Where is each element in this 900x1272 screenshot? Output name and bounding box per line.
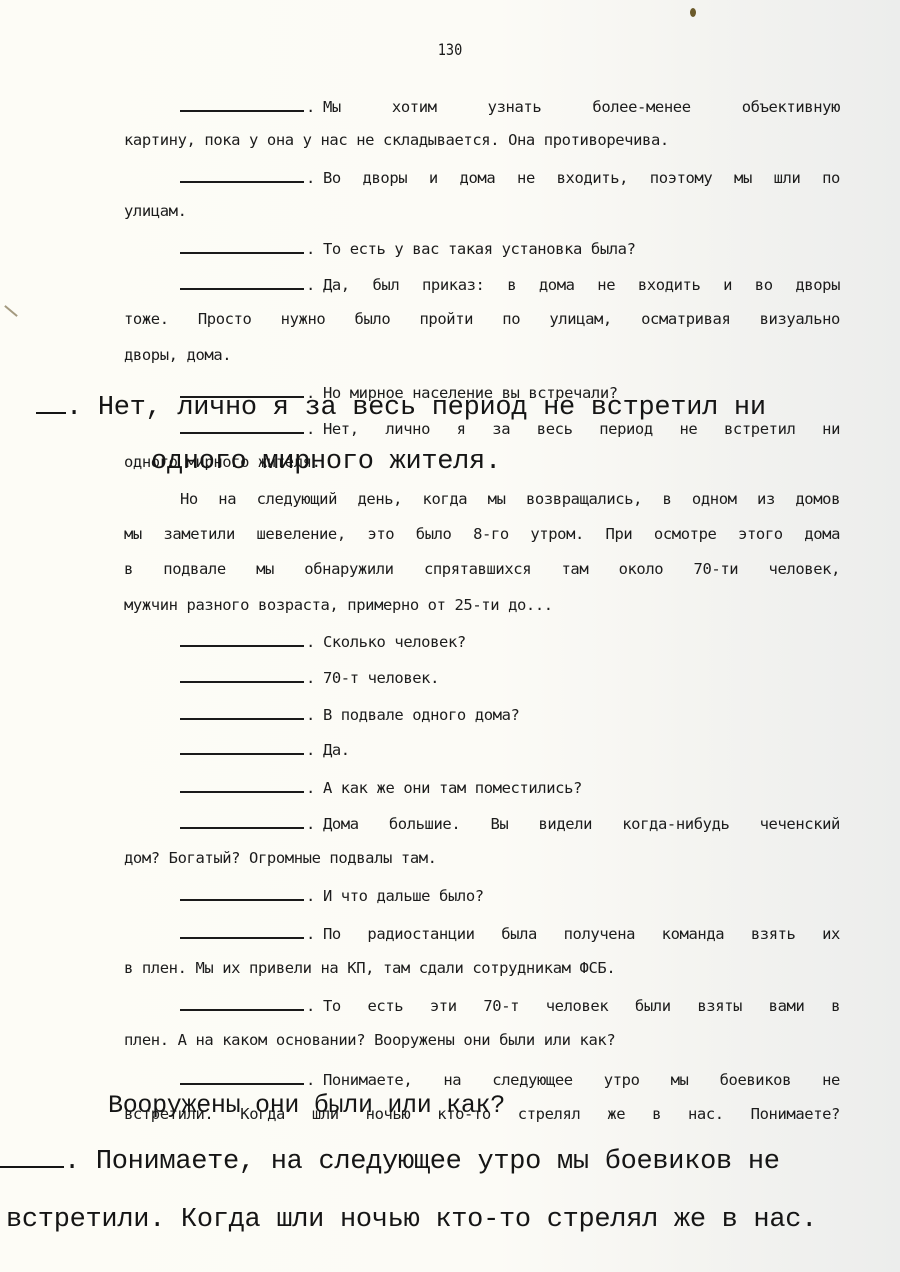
speaker-line: .Мы хотим узнать более-менее объективную <box>180 95 840 115</box>
line-text: Но на следующий день, когда мы возвращал… <box>180 490 840 508</box>
continuation-line: плен. А на каком основании? Вооружены он… <box>124 1030 840 1050</box>
speaker-name-blank <box>180 1068 304 1085</box>
speaker-name-blank <box>180 738 304 755</box>
line-text: Понимаете, на следующее утро мы боевиков… <box>323 1071 840 1088</box>
paper-scratch <box>4 305 18 317</box>
line-text: То есть у вас такая установка была? <box>323 240 636 258</box>
line-text: плен. А на каком основании? Вооружены он… <box>124 1031 615 1049</box>
speaker-line: .Во дворы и дома не входить, поэтому мы … <box>180 166 840 186</box>
line-text: улицам. <box>124 202 187 220</box>
overlay-speaker-blank <box>0 1144 64 1168</box>
continuation-line: в подвале мы обнаружили спрятавшихся там… <box>124 559 840 579</box>
continuation-line: улицам. <box>124 201 840 221</box>
line-text: Мы хотим узнать более-менее объективную <box>323 98 840 115</box>
overlay-text: Нет, лично я за весь период не встретил … <box>98 393 766 423</box>
paragraph-line: Но на следующий день, когда мы возвращал… <box>180 489 840 509</box>
line-text: Да. <box>323 741 350 759</box>
line-text: Да, был приказ: в дома не входить и во д… <box>323 276 840 293</box>
speaker-name-blank <box>180 237 304 254</box>
paper-speck <box>690 8 696 17</box>
speaker-line: .По радиостанции была получена команда в… <box>180 922 840 942</box>
continuation-line: в плен. Мы их привели на КП, там сдали с… <box>124 958 840 978</box>
page-number: 130 <box>68 40 833 59</box>
line-text: тоже. Просто нужно было пройти по улицам… <box>124 310 840 328</box>
overlay-text: встретили. Когда шли ночью кто-то стреля… <box>6 1205 817 1235</box>
line-text: в подвале мы обнаружили спрятавшихся там… <box>124 560 840 578</box>
speaker-name-blank <box>180 666 304 683</box>
speaker-line: .Дома большие. Вы видели когда-нибудь че… <box>180 812 840 832</box>
line-text: 70-т человек. <box>323 669 439 687</box>
speaker-line: .То есть у вас такая установка была? <box>180 237 840 259</box>
continuation-line: картину, пока у она у нас не складываетс… <box>124 130 840 150</box>
line-text: в плен. Мы их привели на КП, там сдали с… <box>124 959 615 977</box>
speaker-line: .Да, был приказ: в дома не входить и во … <box>180 273 840 293</box>
line-text: дом? Богатый? Огромные подвалы там. <box>124 849 437 867</box>
line-text: В подвале одного дома? <box>323 706 520 724</box>
speaker-name-blank <box>180 95 304 112</box>
continuation-line: дворы, дома. <box>124 345 840 365</box>
line-text: мужчин разного возраста, примерно от 25-… <box>124 596 553 614</box>
speaker-line: .В подвале одного дома? <box>180 703 840 725</box>
speaker-name-blank <box>180 166 304 183</box>
overlay-text: Вооружены они были или как? <box>108 1091 505 1120</box>
line-text: То есть эти 70-т человек были взяты вами… <box>323 997 840 1014</box>
continuation-line: тоже. Просто нужно было пройти по улицам… <box>124 309 840 329</box>
overlay-text: одного мирного жителя. <box>151 447 501 477</box>
speaker-name-blank <box>180 776 304 793</box>
speaker-name-blank <box>180 994 304 1011</box>
line-text: И что дальше было? <box>323 887 484 905</box>
line-text: Во дворы и дома не входить, поэтому мы ш… <box>323 169 840 186</box>
overlay-line-4: . Понимаете, на следующее утро мы боевик… <box>0 1144 780 1178</box>
overlay-speaker-blank <box>36 390 66 414</box>
speaker-line: .Понимаете, на следующее утро мы боевико… <box>180 1068 840 1088</box>
continuation-line: мы заметили шевеление, это было 8-го утр… <box>124 524 840 544</box>
line-text: мы заметили шевеление, это было 8-го утр… <box>124 525 840 543</box>
speaker-line: .Сколько человек? <box>180 630 840 652</box>
overlay-text: Понимаете, на следующее утро мы боевиков… <box>96 1147 780 1177</box>
line-text: По радиостанции была получена команда вз… <box>323 925 840 942</box>
overlay-line-1: . Нет, лично я за весь период не встрети… <box>36 390 766 424</box>
line-text: картину, пока у она у нас не складываетс… <box>124 131 669 149</box>
continuation-line: дом? Богатый? Огромные подвалы там. <box>124 848 840 868</box>
speaker-name-blank <box>180 703 304 720</box>
line-text: Сколько человек? <box>323 633 466 651</box>
speaker-name-blank <box>180 884 304 901</box>
speaker-line: .А как же они там поместились? <box>180 776 840 798</box>
speaker-name-blank <box>180 922 304 939</box>
speaker-name-blank <box>180 630 304 647</box>
line-text: А как же они там поместились? <box>323 779 582 797</box>
speaker-line: .Да. <box>180 738 840 760</box>
speaker-name-blank <box>180 273 304 290</box>
speaker-name-blank <box>180 812 304 829</box>
speaker-line: .70-т человек. <box>180 666 840 688</box>
line-text: Дома большие. Вы видели когда-нибудь чеч… <box>323 815 840 832</box>
speaker-line: .То есть эти 70-т человек были взяты вам… <box>180 994 840 1014</box>
overlay-line-2: одного мирного жителя. <box>151 446 501 478</box>
speaker-line: .И что дальше было? <box>180 884 840 906</box>
document-page: 130 .Мы хотим узнать более-менее объекти… <box>0 0 900 1272</box>
overlay-line-5: встретили. Когда шли ночью кто-то стреля… <box>6 1204 817 1236</box>
continuation-line: мужчин разного возраста, примерно от 25-… <box>124 595 840 615</box>
line-text: дворы, дома. <box>124 346 231 364</box>
overlay-line-3: Вооружены они были или как? <box>108 1090 505 1122</box>
